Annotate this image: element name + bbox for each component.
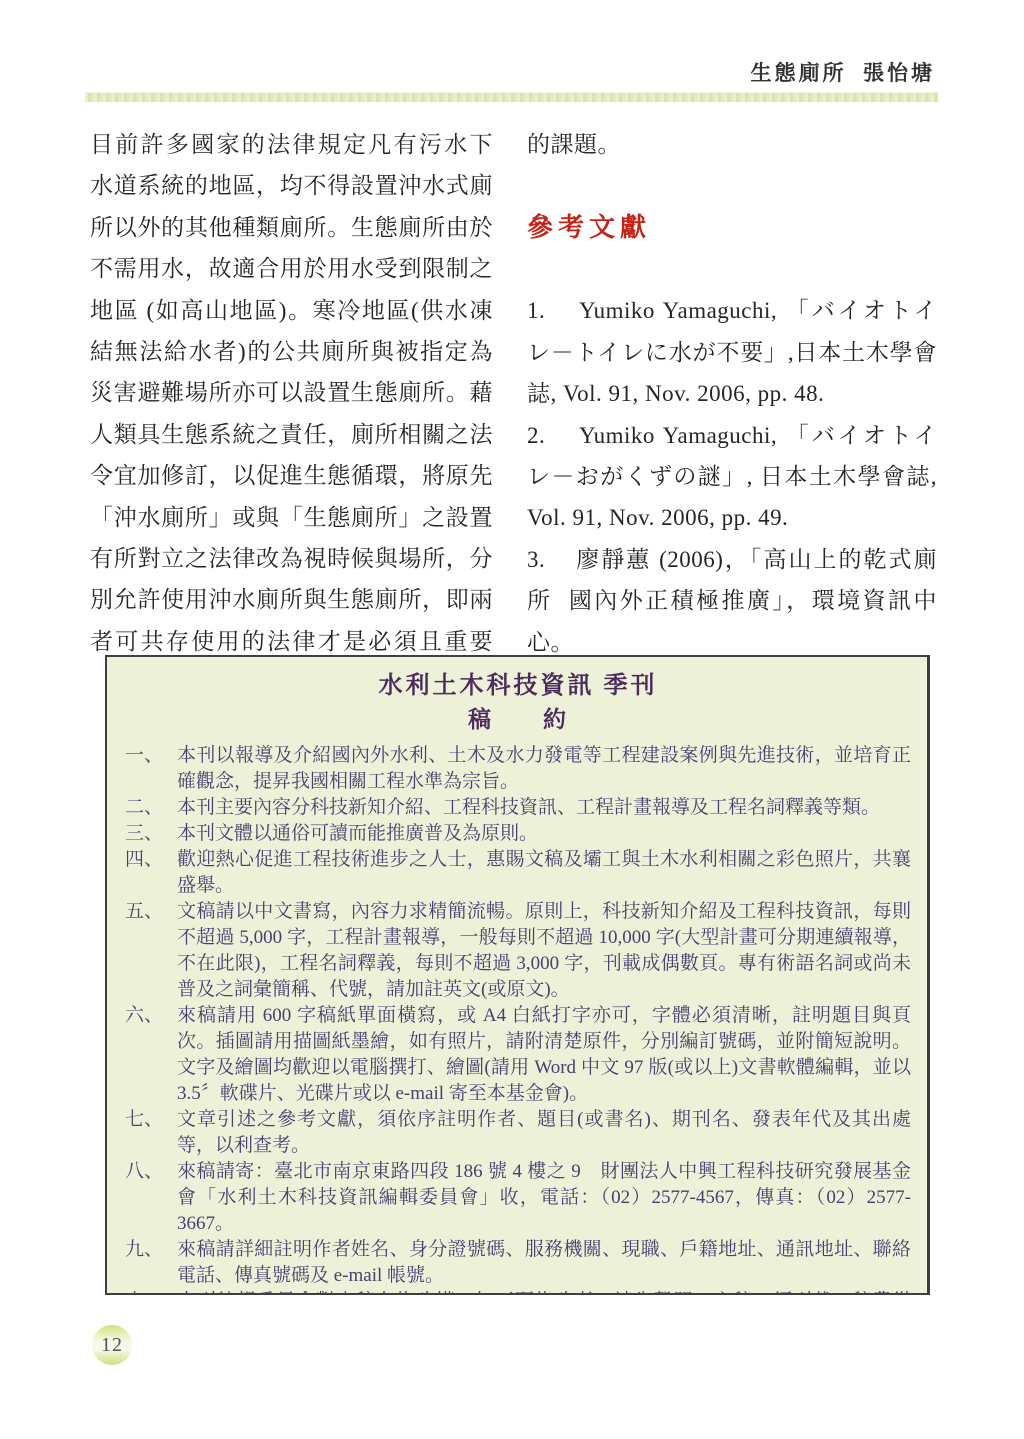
notice-item-text: 文章引述之參考文獻，須依序註明作者、題目(或書名)、期刊名、發表年代及其出處等，… — [177, 1107, 911, 1159]
text-line: 結無法給水者)的公共廁所與被指定為 — [90, 331, 493, 372]
text-line: 水道系統的地區，均不得設置沖水式廁 — [90, 165, 493, 206]
journal-page: 生態廁所 張怡塘 目前許多國家的法律規定凡有污水下水道系統的地區，均不得設置沖水… — [0, 0, 1024, 1439]
notice-item: 八、來稿請寄：臺北市南京東路四段 186 號 4 樓之 9 財團法人中興工程科技… — [125, 1159, 911, 1237]
left-column: 目前許多國家的法律規定凡有污水下水道系統的地區，均不得設置沖水式廁所以外的其他種… — [90, 124, 493, 662]
notice-item-text: 本刊主要內容分科技新知介紹、工程科技資訊、工程計畫報導及工程名詞釋義等類。 — [177, 795, 911, 821]
notice-item-text: 來稿請用 600 字稿紙單面橫寫，或 A4 白紙打字亦可，字體必須清晰，註明題目… — [177, 1003, 911, 1107]
page-number: 12 — [101, 1334, 123, 1357]
text-line: 地區 (如高山地區)。寒冷地區(供水凍 — [90, 290, 493, 331]
text-line: レ－おがくずの謎」, 日本土木學會誌, — [527, 456, 937, 497]
notice-items-list: 一、本刊以報導及介紹國內外水利、土木及水力發電等工程建設案例與先進技術，並培育正… — [125, 743, 911, 1295]
text-line: 令宜加修訂，以促進生態循環，將原先 — [90, 455, 493, 496]
notice-item-number: 五、 — [125, 899, 177, 1003]
notice-item-number: 三、 — [125, 821, 177, 847]
notice-item: 十、本刊編輯委員會對來稿有修改權，如不願修改者，請先聲明。文稿一經刊載，稿費從優… — [125, 1289, 911, 1295]
text-line: 所 國內外正積極推廣」，環境資訊中 — [527, 580, 937, 621]
running-head: 生態廁所 張怡塘 — [751, 57, 936, 87]
page-number-badge: 12 — [92, 1325, 132, 1365]
notice-item-text: 本刊以報導及介紹國內外水利、土木及水力發電等工程建設案例與先進技術，並培育正確觀… — [177, 743, 911, 795]
notice-item: 一、本刊以報導及介紹國內外水利、土木及水力發電等工程建設案例與先進技術，並培育正… — [125, 743, 911, 795]
notice-item-number: 一、 — [125, 743, 177, 795]
notice-item: 六、來稿請用 600 字稿紙單面橫寫，或 A4 白紙打字亦可，字體必須清晰，註明… — [125, 1003, 911, 1107]
notice-item-number: 二、 — [125, 795, 177, 821]
notice-item-text: 本刊文體以通俗可讀而能推廣普及為原則。 — [177, 821, 911, 847]
notice-item: 二、本刊主要內容分科技新知介紹、工程科技資訊、工程計畫報導及工程名詞釋義等類。 — [125, 795, 911, 821]
notice-item-number: 六、 — [125, 1003, 177, 1107]
text-line: 不需用水，故適合用於用水受到限制之 — [90, 248, 493, 289]
text-line: 誌, Vol. 91, Nov. 2006, pp. 48. — [527, 373, 937, 414]
text-line: 有所對立之法律改為視時候與場所，分 — [90, 538, 493, 579]
right-column: 的課題。 參考文獻 1. Yumiko Yamaguchi, 「バイオトイレ－ト… — [527, 124, 937, 663]
text-line: Vol. 91, Nov. 2006, pp. 49. — [527, 497, 937, 538]
header-divider-band — [85, 92, 938, 102]
text-line: 所以外的其他種類廁所。生態廁所由於 — [90, 207, 493, 248]
references-heading: 參考文獻 — [527, 212, 937, 244]
text-line: 人類具生態系統之責任，廁所相關之法 — [90, 414, 493, 455]
notice-item-text: 來稿請寄：臺北市南京東路四段 186 號 4 樓之 9 財團法人中興工程科技研究… — [177, 1159, 911, 1237]
notice-item-number: 十、 — [125, 1289, 177, 1295]
notice-item: 三、本刊文體以通俗可讀而能推廣普及為原則。 — [125, 821, 911, 847]
notice-item-number: 七、 — [125, 1107, 177, 1159]
text-line: レ－トイレに水が不要」,日本土木學會 — [527, 332, 937, 373]
notice-box-title: 水利土木科技資訊 季刊 — [125, 669, 911, 703]
notice-item-text: 來稿請詳細註明作者姓名、身分證號碼、服務機關、現職、戶籍地址、通訊地址、聯絡電話… — [177, 1237, 911, 1289]
notice-item-text: 文稿請以中文書寫，內容力求精簡流暢。原則上，科技新知介紹及工程科技資訊，每則不超… — [177, 899, 911, 1003]
call-for-papers-box: 水利土木科技資訊 季刊 稿 約 一、本刊以報導及介紹國內外水利、土木及水力發電等… — [105, 655, 930, 1295]
text-line: 災害避難場所亦可以設置生態廁所。藉 — [90, 372, 493, 413]
notice-item-number: 四、 — [125, 847, 177, 899]
notice-item: 四、歡迎熱心促進工程技術進步之人士，惠賜文稿及壩工與土木水利相關之彩色照片，共襄… — [125, 847, 911, 899]
notice-item: 七、文章引述之參考文獻，須依序註明作者、題目(或書名)、期刊名、發表年代及其出處… — [125, 1107, 911, 1159]
text-line: 1. Yumiko Yamaguchi, 「バイオトイ — [527, 290, 937, 331]
notice-item: 五、文稿請以中文書寫，內容力求精簡流暢。原則上，科技新知介紹及工程科技資訊，每則… — [125, 899, 911, 1003]
notice-item-text: 本刊編輯委員會對來稿有修改權，如不願修改者，請先聲明。文稿一經刊載，稿費從優，本… — [177, 1289, 911, 1295]
text-line: 別允許使用沖水廁所與生態廁所，即兩 — [90, 579, 493, 620]
text-line: 「沖水廁所」或與「生態廁所」之設置 — [90, 497, 493, 538]
references-list: 1. Yumiko Yamaguchi, 「バイオトイレ－トイレに水が不要」,日… — [527, 290, 937, 663]
text-line: 3. 廖靜蕙 (2006)，「高山上的乾式廁 — [527, 539, 937, 580]
notice-box-subtitle: 稿 約 — [125, 703, 911, 736]
text-line: 2. Yumiko Yamaguchi, 「バイオトイ — [527, 415, 937, 456]
text-line: 的課題。 — [527, 124, 937, 165]
notice-item: 九、來稿請詳細註明作者姓名、身分證號碼、服務機關、現職、戶籍地址、通訊地址、聯絡… — [125, 1237, 911, 1289]
notice-item-number: 九、 — [125, 1237, 177, 1289]
notice-item-number: 八、 — [125, 1159, 177, 1237]
text-line: 目前許多國家的法律規定凡有污水下 — [90, 124, 493, 165]
notice-item-text: 歡迎熱心促進工程技術進步之人士，惠賜文稿及壩工與土木水利相關之彩色照片，共襄盛舉… — [177, 847, 911, 899]
